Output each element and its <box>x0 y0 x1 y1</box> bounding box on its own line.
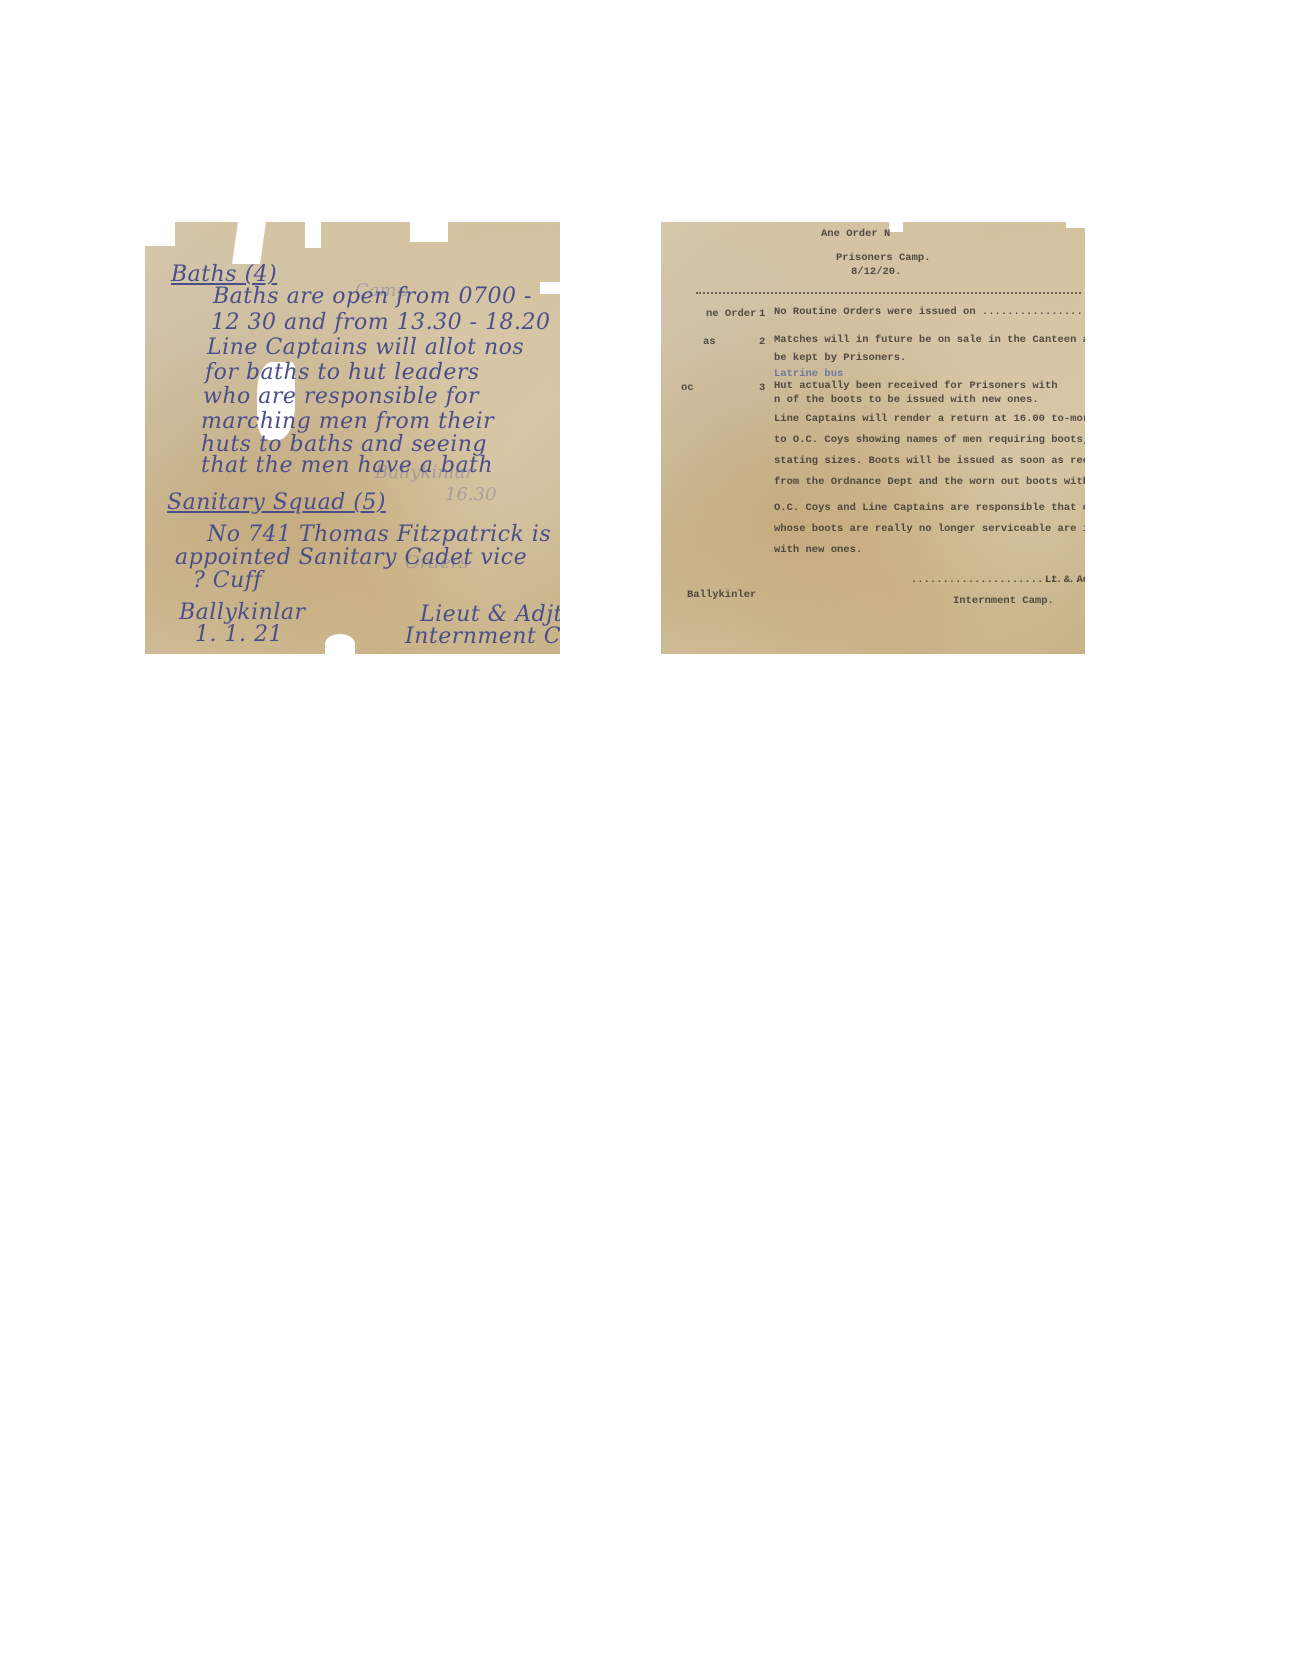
torn-edge <box>145 222 175 246</box>
order-number: 2 <box>759 336 765 348</box>
handwritten-line: Line Captains will allot nos <box>207 335 524 360</box>
order-line: to O.C. Coys showing names of men requir… <box>774 434 1085 446</box>
order-margin: as <box>703 336 716 348</box>
sanitary-squad-heading: Sanitary Squad (5) <box>167 490 386 515</box>
signature-unit: Internment Camp <box>405 624 560 649</box>
torn-edge <box>889 222 903 232</box>
order-number: 3 <box>759 382 765 394</box>
handwritten-line: marching men from their <box>201 409 494 434</box>
order-line: n of the boots to be issued with new one… <box>774 394 1039 406</box>
order-subtitle: Prisoners Camp. <box>836 252 931 264</box>
order-line: be kept by Prisoners. <box>774 352 906 364</box>
order-date: 8/12/20. <box>851 266 901 278</box>
order-title: Ane Order N <box>821 228 890 240</box>
order-line: whose boots are really no longer service… <box>774 523 1085 535</box>
handwritten-line: ? Cuff <box>193 568 262 593</box>
handwritten-line: who are responsible for <box>203 384 479 409</box>
order-line: from the Ordnance Dept and the worn out … <box>774 476 1085 488</box>
show-through-text: 16.30 <box>445 484 497 505</box>
order-margin: ne Order <box>706 308 756 320</box>
signature-rank: Lt & Ad <box>1045 574 1085 586</box>
date: 1. 1. 21 <box>195 622 283 647</box>
typed-order-scan: Ane Order N Prisoners Camp. 8/12/20. ne … <box>661 222 1085 654</box>
order-line: No Routine Orders were issued on .......… <box>774 306 1085 318</box>
order-line: O.C. Coys and Line Captains are responsi… <box>774 502 1085 514</box>
torn-edge <box>540 282 560 294</box>
order-line: stating sizes. Boots will be issued as s… <box>774 455 1085 467</box>
handwritten-line: that the men have a bath <box>201 453 493 478</box>
order-line: Latrine bus <box>774 368 843 380</box>
handwritten-note-scan: Ballykinlar Camp Orders 16.30 Baths (4) … <box>145 222 560 654</box>
order-line: Hut actually been received for Prisoners… <box>774 380 1058 392</box>
torn-edge <box>305 222 321 248</box>
order-margin: oc <box>681 382 694 394</box>
handwritten-line: 12 30 and from 13.30 - 18.20 <box>211 310 550 335</box>
order-number: 1 <box>759 308 765 320</box>
torn-edge <box>325 634 355 654</box>
torn-edge <box>232 222 266 264</box>
order-line: with new ones. <box>774 544 862 556</box>
order-line: Line Captains will render a return at 16… <box>774 413 1085 425</box>
place-name: Ballykinler <box>687 589 756 601</box>
handwritten-line: appointed Sanitary Cadet vice <box>175 545 527 570</box>
signature-unit: Internment Camp. <box>953 595 1054 607</box>
handwritten-line: No 741 Thomas Fitzpatrick is <box>207 522 551 547</box>
torn-edge <box>410 222 448 242</box>
handwritten-line: Baths are open from 0700 - <box>213 284 532 309</box>
order-line: Matches will in future be on sale in the… <box>774 334 1085 346</box>
torn-edge <box>1066 222 1085 228</box>
header-separator <box>696 292 1081 294</box>
handwritten-line: for baths to hut leaders <box>205 360 480 385</box>
